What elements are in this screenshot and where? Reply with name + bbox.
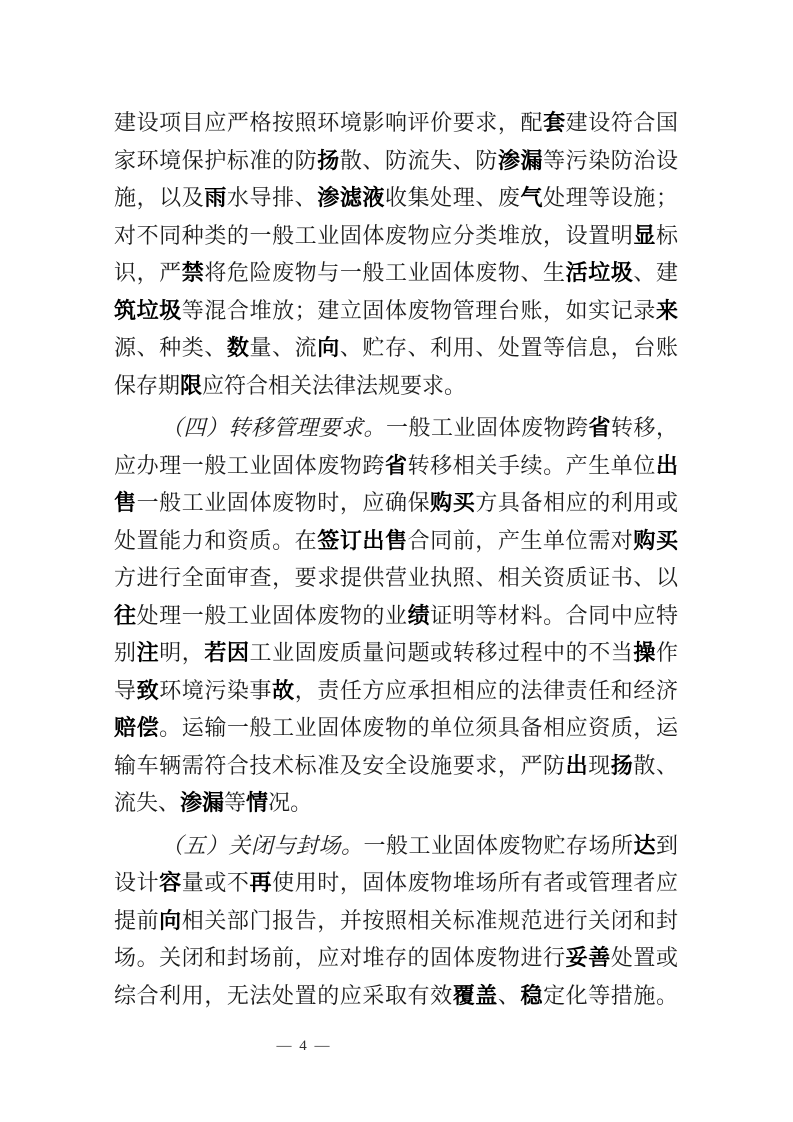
text-segment: 建设项目应严格按照环境影响评价要求，配 (114, 110, 543, 135)
bold-text-segment: 雨 (204, 185, 227, 210)
text-segment: 、 (498, 983, 521, 1008)
text-segment: ，责任方应承担相应的法律责任和经济 (295, 678, 678, 703)
text-segment: 处理等设施； (543, 185, 678, 210)
text-line: 提前向相关部门报告，并按照相关标准规范进行关闭和封 (114, 902, 678, 940)
bold-text-segment: 往 (114, 603, 137, 628)
bold-text-segment: 渗漏 (498, 148, 543, 173)
text-segment: 处置能力和资质。在 (114, 528, 317, 553)
bold-text-segment: 覆盖 (453, 983, 498, 1008)
text-segment: 处理一般工业固体废物的业 (137, 603, 408, 628)
bold-text-segment: 向 (317, 335, 340, 360)
text-segment: 建设符合国 (566, 110, 678, 135)
document-body: 建设项目应严格按照环境影响评价要求，配套建设符合国家环境保护标准的防扬散、防流失… (114, 104, 678, 1014)
bold-text-segment: 售 (114, 490, 137, 515)
text-segment: 使用时，固体废物堆场所有者或管理者应 (272, 870, 678, 895)
text-segment: 一般工业固体废物贮存场所 (363, 833, 633, 858)
bold-text-segment: 绩 (408, 603, 431, 628)
text-segment: 证明等材料。合同中应特 (430, 603, 678, 628)
text-segment: 应符合相关法律法规要求。 (202, 373, 466, 398)
text-line: （四）转移管理要求。一般工业固体废物跨省转移， (114, 409, 678, 447)
bold-text-segment: 省 (385, 453, 408, 478)
bold-text-segment: 签订出售 (317, 528, 407, 553)
text-segment: 方进行全面审查，要求提供营业执照、相关资质证书、以 (114, 565, 678, 590)
bold-text-segment: 省 (588, 415, 611, 440)
text-segment: 量、流 (250, 335, 318, 360)
text-line: 源、种类、数量、流向、贮存、利用、处置等信息，台账 (114, 329, 678, 367)
text-line: 识，严禁将危险废物与一般工业固体废物、生活垃圾、建 (114, 254, 678, 292)
bold-text-segment: 禁 (182, 260, 205, 285)
bold-text-segment: 赔偿 (114, 715, 159, 740)
text-line: 处置能力和资质。在签订出售合同前，产生单位需对购买 (114, 522, 678, 560)
bold-text-segment: 妥善 (566, 945, 611, 970)
bold-text-segment: 来 (656, 298, 678, 323)
text-line: 综合利用，无法处置的应采取有效覆盖、稳定化等措施。 (114, 977, 678, 1015)
text-segment: 工业固废质量问题或转移过程中的不当 (250, 640, 634, 665)
bold-text-segment: 达 (633, 833, 656, 858)
text-segment: 况。 (268, 790, 312, 815)
bold-text-segment: 渗滤液 (317, 185, 385, 210)
text-line: 建设项目应严格按照环境影响评价要求，配套建设符合国 (114, 104, 678, 142)
bold-text-segment: 数 (227, 335, 250, 360)
bold-text-segment: 容 (159, 870, 182, 895)
bold-text-segment: 扬 (611, 753, 634, 778)
bold-text-segment: 购买 (430, 490, 475, 515)
bold-text-segment: 再 (250, 870, 273, 895)
text-segment: 明， (159, 640, 204, 665)
bold-text-segment: 若因 (204, 640, 249, 665)
section-heading-text: （四）转移管理要求。 (161, 415, 386, 440)
text-segment: 量或不 (182, 870, 250, 895)
text-segment: 一般工业固体废物时，应确保 (137, 490, 431, 515)
bold-text-segment: 出 (656, 453, 678, 478)
text-segment: 一般工业固体废物跨 (386, 415, 588, 440)
text-segment: 家环境保护标准的防 (114, 148, 317, 173)
text-segment: 识，严 (114, 260, 182, 285)
text-segment: 。运输一般工业固体废物的单位须具备相应资质，运 (159, 715, 678, 740)
text-segment: 提前 (114, 908, 159, 933)
text-segment: 处置或 (611, 945, 678, 970)
text-segment: 等混合堆放；建立固体废物管理台账，如实记录 (182, 298, 656, 323)
section-heading-text: （五）关闭与封场。 (161, 833, 363, 858)
text-segment: 源、种类、 (114, 335, 227, 360)
page-number: — 4 — (114, 1038, 494, 1055)
bold-text-segment: 致 (137, 678, 160, 703)
text-segment: 相关部门报告，并按照相关标准规范进行关闭和封 (182, 908, 678, 933)
bold-text-segment: 故 (272, 678, 295, 703)
bold-text-segment: 稳 (520, 983, 543, 1008)
bold-text-segment: 向 (159, 908, 182, 933)
text-line: 对不同种类的一般工业固体废物应分类堆放，设置明显标 (114, 217, 678, 255)
text-segment: 散、 (633, 753, 678, 778)
text-segment: 等 (224, 790, 246, 815)
text-line: （五）关闭与封场。一般工业固体废物贮存场所达到 (114, 827, 678, 865)
bold-text-segment: 气 (520, 185, 543, 210)
text-line: 流失、渗漏等情况。 (114, 784, 678, 822)
text-segment: 合同前，产生单位需对 (408, 528, 634, 553)
text-segment: 、建 (633, 260, 678, 285)
text-segment: 流失、 (114, 790, 180, 815)
text-line: 筑垃圾等混合堆放；建立固体废物管理台账，如实记录来 (114, 292, 678, 330)
text-segment: 方具备相应的利用或 (475, 490, 678, 515)
text-line: 保存期限应符合相关法律法规要求。 (114, 367, 678, 405)
text-segment: 别 (114, 640, 137, 665)
text-segment: 作 (656, 640, 678, 665)
text-segment: 应办理一般工业固体废物跨 (114, 453, 385, 478)
text-segment: 综合利用，无法处置的应采取有效 (114, 983, 453, 1008)
text-segment: 保存期 (114, 373, 180, 398)
text-segment: 转移相关手续。产生单位 (408, 453, 656, 478)
text-line: 输车辆需符合技术标准及安全设施要求，严防出现扬散、 (114, 747, 678, 785)
text-line: 施，以及雨水导排、渗滤液收集处理、废气处理等设施； (114, 179, 678, 217)
text-segment: 定化等措施。 (543, 983, 678, 1008)
bold-text-segment: 套 (543, 110, 566, 135)
text-segment: 现 (588, 753, 611, 778)
text-segment: 标 (656, 223, 678, 248)
text-segment: 散、防流失、防 (340, 148, 498, 173)
text-line: 设计容量或不再使用时，固体废物堆场所有者或管理者应 (114, 864, 678, 902)
bold-text-segment: 情 (246, 790, 268, 815)
text-line: 方进行全面审查，要求提供营业执照、相关资质证书、以 (114, 559, 678, 597)
text-segment: 转移， (611, 415, 678, 440)
text-segment: 到 (656, 833, 678, 858)
text-line: 家环境保护标准的防扬散、防流失、防渗漏等污染防治设 (114, 142, 678, 180)
text-segment: 输车辆需符合技术标准及安全设施要求，严防 (114, 753, 566, 778)
text-segment: 等污染防治设 (543, 148, 678, 173)
bold-text-segment: 筑垃圾 (114, 298, 182, 323)
text-segment: 、贮存、利用、处置等信息，台账 (340, 335, 678, 360)
text-segment: 水导排、 (227, 185, 317, 210)
text-line: 别注明，若因工业固废质量问题或转移过程中的不当操作 (114, 634, 678, 672)
text-segment: 收集处理、废 (385, 185, 520, 210)
text-line: 应办理一般工业固体废物跨省转移相关手续。产生单位出 (114, 447, 678, 485)
text-segment: 设计 (114, 870, 159, 895)
bold-text-segment: 活垃圾 (566, 260, 634, 285)
text-segment: 施，以及 (114, 185, 204, 210)
bold-text-segment: 注 (137, 640, 160, 665)
bold-text-segment: 购买 (633, 528, 678, 553)
text-segment: 环境污染事 (159, 678, 272, 703)
bold-text-segment: 操 (633, 640, 656, 665)
bold-text-segment: 扬 (317, 148, 340, 173)
bold-text-segment: 出 (566, 753, 589, 778)
text-line: 赔偿。运输一般工业固体废物的单位须具备相应资质，运 (114, 709, 678, 747)
document-page: 建设项目应严格按照环境影响评价要求，配套建设符合国家环境保护标准的防扬散、防流失… (0, 0, 793, 1122)
text-line: 售一般工业固体废物时，应确保购买方具备相应的利用或 (114, 484, 678, 522)
text-line: 往处理一般工业固体废物的业绩证明等材料。合同中应特 (114, 597, 678, 635)
text-segment: 场。关闭和封场前，应对堆存的固体废物进行 (114, 945, 566, 970)
bold-text-segment: 限 (180, 373, 202, 398)
bold-text-segment: 渗漏 (180, 790, 224, 815)
text-segment: 导 (114, 678, 137, 703)
text-segment: 将危险废物与一般工业固体废物、生 (204, 260, 565, 285)
bold-text-segment: 显 (633, 223, 656, 248)
text-line: 场。关闭和封场前，应对堆存的固体废物进行妥善处置或 (114, 939, 678, 977)
text-segment: 对不同种类的一般工业固体废物应分类堆放，设置明 (114, 223, 633, 248)
text-line: 导致环境污染事故，责任方应承担相应的法律责任和经济 (114, 672, 678, 710)
